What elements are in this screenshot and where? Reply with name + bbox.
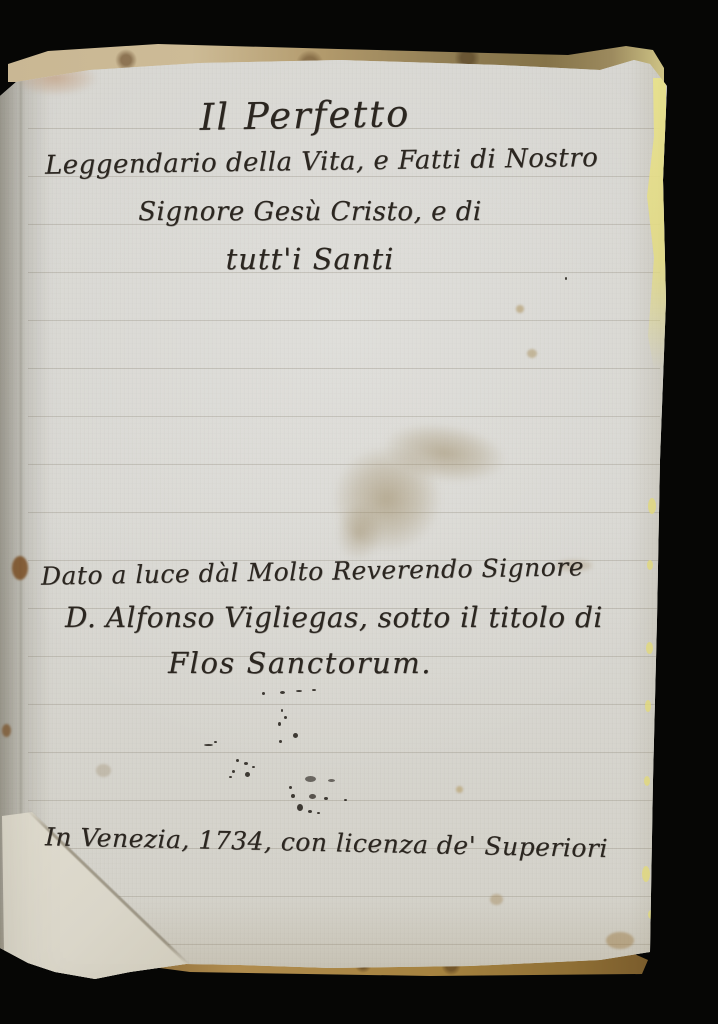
photo-black-background: Il Perfetto Leggendario della Vita, e Fa… xyxy=(0,0,718,1024)
page-vignette xyxy=(0,0,718,1024)
manuscript-page: Il Perfetto Leggendario della Vita, e Fa… xyxy=(0,0,718,1024)
